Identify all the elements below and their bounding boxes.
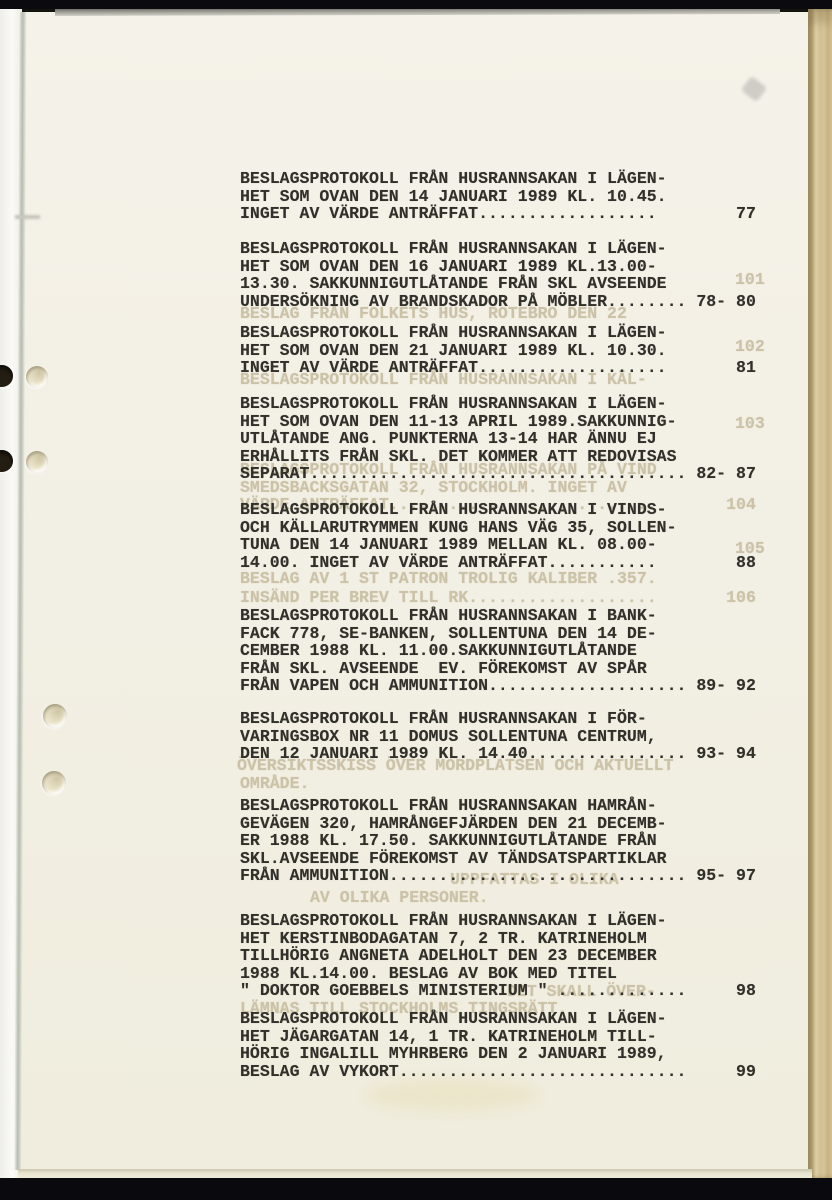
toc-entry: BESLAGSPROTOKOLL FRÅN HUSRANNSAKAN I LÄG… [240, 240, 756, 310]
punch-hole [26, 366, 48, 388]
punch-hole [26, 451, 48, 473]
toc-entry: BESLAGSPROTOKOLL FRÅN HUSRANNSAKAN I LÄG… [240, 395, 756, 483]
toc-entry: BESLAGSPROTOKOLL FRÅN HUSRANNSAKAN I LÄG… [240, 170, 756, 223]
toc-entry: BESLAGSPROTOKOLL FRÅN HUSRANNSAKAN I FÖR… [240, 710, 756, 763]
toc-entry: BESLAGSPROTOKOLL FRÅN HUSRANNSAKAN HAMRÅ… [240, 797, 756, 885]
scanner-border-bottom [0, 1178, 832, 1200]
bleedthrough-text: INSÄND PER BREV TILL RK.................… [240, 589, 756, 607]
toc-entry: BESLAGSPROTOKOLL FRÅN HUSRANNSAKAN I VIN… [240, 501, 756, 571]
toc-entry: BESLAGSPROTOKOLL FRÅN HUSRANNSAKAN I LÄG… [240, 324, 756, 377]
pencil-mark [15, 215, 40, 219]
toc-entry: BESLAGSPROTOKOLL FRÅN HUSRANNSAKAN I BAN… [240, 607, 756, 695]
bleedthrough-text: AV OLIKA PERSONER. [310, 889, 489, 907]
scanner-border-top [0, 0, 832, 9]
punch-hole [43, 704, 67, 728]
bleedthrough-text: BESLAG AV 1 ST PATRON TROLIG KALIBER .35… [240, 570, 657, 588]
punch-hole [42, 771, 66, 795]
toc-entry: BESLAGSPROTOKOLL FRÅN HUSRANNSAKAN I LÄG… [240, 912, 756, 1000]
book-edge [808, 9, 832, 1178]
toc-entry: BESLAGSPROTOKOLL FRÅN HUSRANNSAKAN I LÄG… [240, 1010, 756, 1080]
scanned-page: 101 BESLAG FRÅN FOLKETS HUS, ROTEBRO DEN… [0, 0, 832, 1200]
bleedthrough-text: OMRÅDE. [240, 775, 309, 793]
paper-stain [365, 1078, 540, 1112]
